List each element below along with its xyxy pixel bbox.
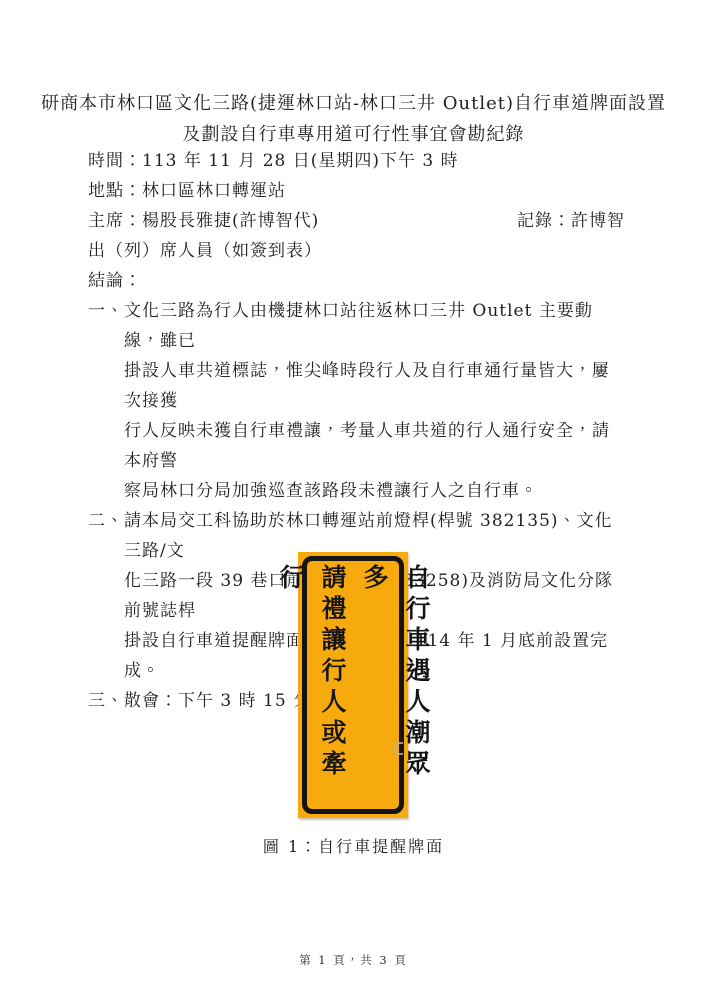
list-item-text: 文化三路為行人由機捷林口站往返林口三井 Outlet 主要動線，雖已 掛設人車共… [124, 296, 625, 506]
figure-caption: 圖 1：自行車提醒牌面 [0, 834, 707, 857]
text-line: 掛設人車共道標誌，惟尖峰時段行人及自行車通行量皆大，屢次接獲 [124, 356, 625, 416]
text-line: 行人反映未獲自行車禮讓，考量人車共道的行人通行安全，請本府警 [124, 416, 625, 476]
bicycle-sign: 請禮讓行人或牽行 自行車遇人潮眾多 [298, 552, 408, 818]
meeting-attendees: 出（列）席人員（如簽到表） [88, 236, 625, 266]
text-line: 文化三路為行人由機捷林口站往返林口三井 Outlet 主要動線，雖已 [124, 296, 625, 356]
sign-column-right: 自行車遇人潮眾多 [353, 564, 437, 809]
document-page: 研商本市林口區文化三路(捷運林口站-林口三井 Outlet)自行車道牌面設置 及… [0, 0, 707, 1000]
meeting-chair: 主席：楊股長雅捷(許博智代) [88, 206, 319, 236]
chair-recorder-row: 主席：楊股長雅捷(許博智代) 記錄：許博智 [88, 206, 625, 236]
meeting-meta: 時間：113 年 11 月 28 日(星期四)下午 3 時 地點：林口區林口轉運… [88, 146, 625, 296]
document-title: 研商本市林口區文化三路(捷運林口站-林口三井 Outlet)自行車道牌面設置 及… [40, 88, 667, 150]
title-line-1: 研商本市林口區文化三路(捷運林口站-林口三井 Outlet)自行車道牌面設置 [40, 88, 667, 119]
list-item: 一、 文化三路為行人由機捷林口站往返林口三井 Outlet 主要動線，雖已 掛設… [88, 296, 625, 506]
meeting-recorder: 記錄：許博智 [517, 206, 625, 236]
meeting-location: 地點：林口區林口轉運站 [88, 176, 625, 206]
list-item-marker: 三、 [88, 686, 124, 716]
scan-artifact [394, 742, 403, 755]
conclusion-heading: 結論： [88, 266, 625, 296]
list-item-marker: 二、 [88, 506, 124, 686]
page-number: 第 1 頁，共 3 頁 [0, 952, 707, 968]
sign-text-columns: 請禮讓行人或牽行 自行車遇人潮眾多 [307, 564, 399, 809]
meeting-time: 時間：113 年 11 月 28 日(星期四)下午 3 時 [88, 146, 625, 176]
list-item-marker: 一、 [88, 296, 124, 506]
text-line: 察局林口分局加強巡查該路段未禮讓行人之自行車。 [124, 476, 625, 506]
sign-column-left: 請禮讓行人或牽行 [269, 564, 353, 809]
